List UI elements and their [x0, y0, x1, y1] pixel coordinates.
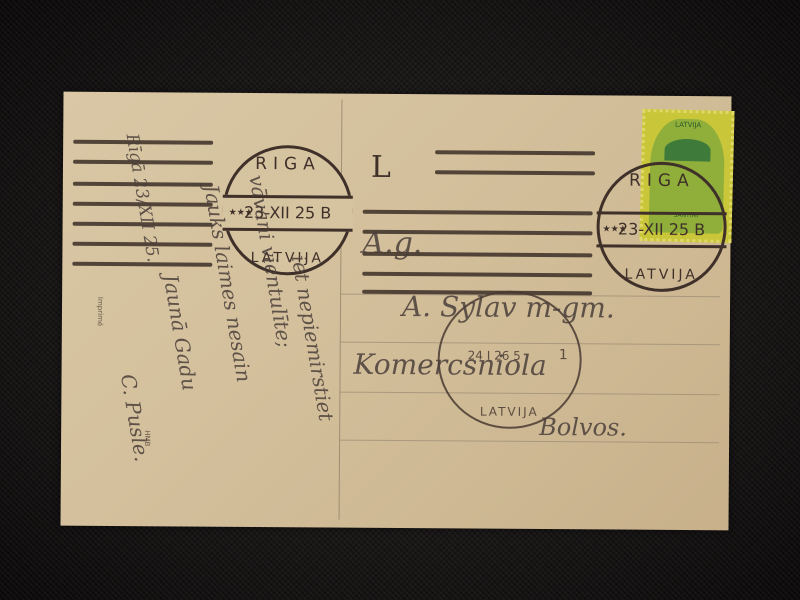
- message-line: Jaunā Gadu: [159, 273, 202, 393]
- address-line-3: Komercsniola: [354, 348, 547, 382]
- cancel-line: [362, 272, 592, 278]
- cancel-line: [435, 170, 595, 175]
- address-line-4: Bolvos.: [539, 413, 627, 442]
- stars-icon: ★★★: [603, 224, 627, 234]
- publisher-mark: HMB: [143, 430, 151, 446]
- sun-emblem-icon: [664, 138, 711, 161]
- address-line: [339, 440, 719, 444]
- address-line-2: A. Sylav m-gm.: [402, 290, 615, 324]
- postmark-city: RIGA: [226, 154, 350, 175]
- postmark-date-band: ★★★ 23-XII 25 B: [223, 195, 353, 232]
- printer-mark: Imprimé: [96, 297, 104, 326]
- signature: C. Pusle.: [116, 372, 154, 463]
- postmark-riga-left: RIGA ★★★ 23-XII 25 B LATVIJA: [222, 145, 353, 276]
- cancel-mark-letter: L: [371, 150, 391, 185]
- postcard: L RIGA ★★★ 23-XII 25 B LATVIJA LATVIJA S…: [60, 92, 731, 531]
- postmark-riga-right: RIGA ★★★ 23-XII 25 B LATVIJA: [596, 161, 727, 292]
- address-line-1: A.g.: [362, 226, 422, 261]
- cancel-line: [363, 210, 593, 216]
- cancel-line: [435, 150, 595, 155]
